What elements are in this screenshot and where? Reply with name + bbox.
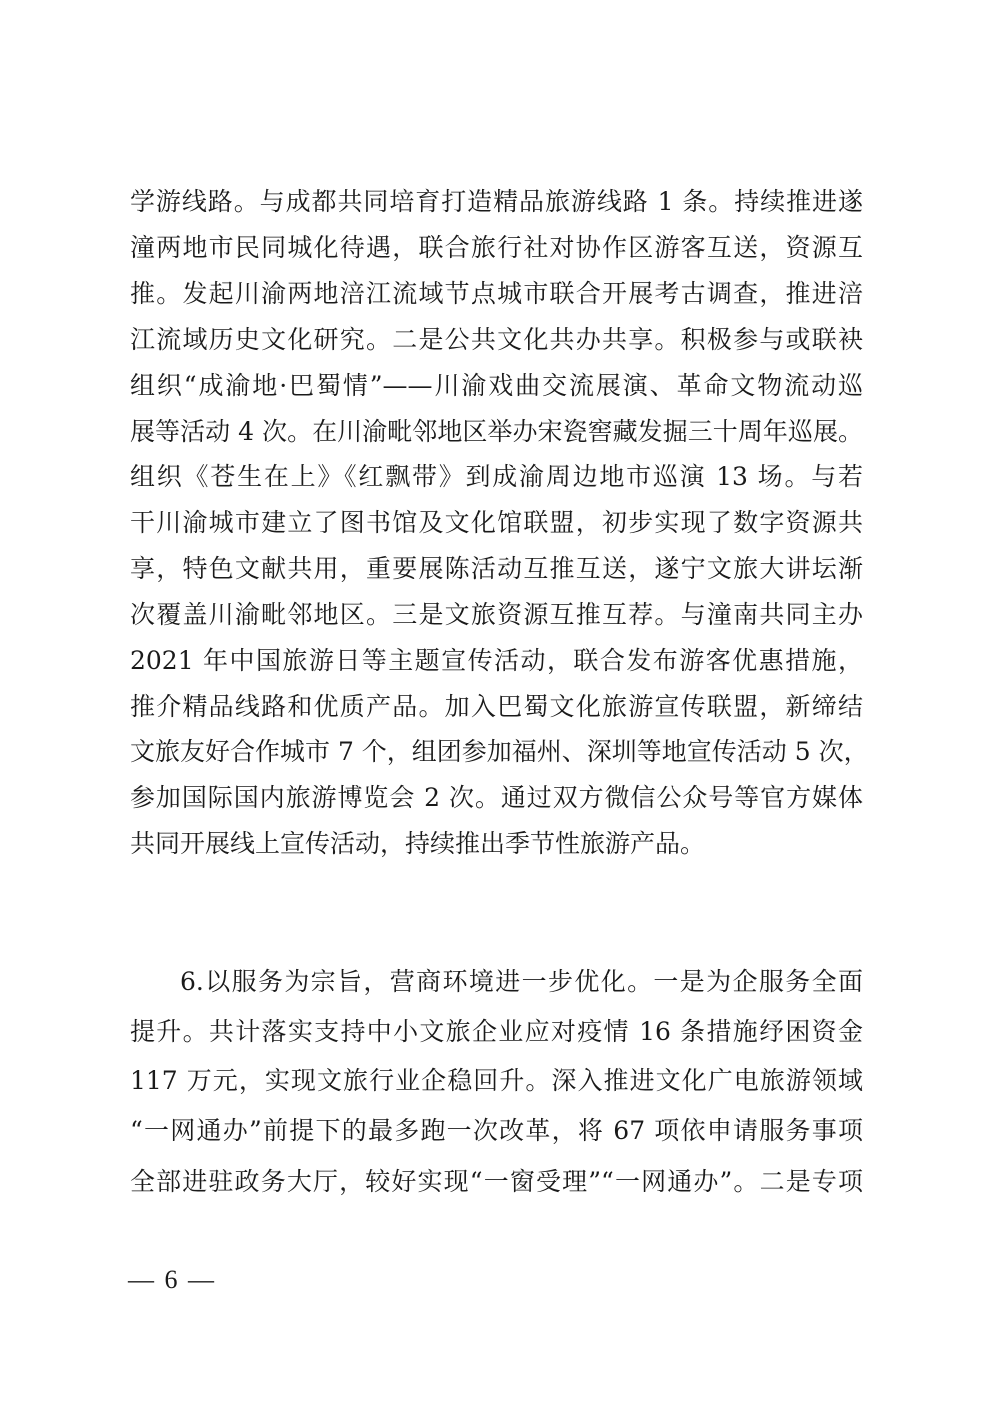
body-text-line: “一网通办”前提下的最多跑一次改革，将 67 项依申请服务事项 <box>130 1114 863 1148</box>
body-text-line: 享，特色文献共用，重要展陈活动互推互送，遂宁文旅大讲坛渐 <box>130 552 863 586</box>
body-text-line: 117 万元，实现文旅行业企稳回升。深入推进文化广电旅游领域 <box>130 1064 863 1098</box>
body-text-line: 组织《苍生在上》《红飘带》到成渝周边地市巡演 13 场。与若 <box>130 460 863 494</box>
document-page: 学游线路。与成都共同培育打造精品旅游线路 1 条。持续推进遂 潼两地市民同城化待… <box>0 0 992 1403</box>
body-text-line: 共同开展线上宣传活动，持续推出季节性旅游产品。 <box>130 827 863 861</box>
body-text-line: 2021 年中国旅游日等主题宣传活动，联合发布游客优惠措施， <box>130 644 863 678</box>
body-text-line: 学游线路。与成都共同培育打造精品旅游线路 1 条。持续推进遂 <box>130 185 863 219</box>
body-text-line: 文旅友好合作城市 7 个，组团参加福州、深圳等地宣传活动 5 次， <box>130 735 863 769</box>
body-text-line: 展等活动 4 次。在川渝毗邻地区举办宋瓷窖藏发掘三十周年巡展。 <box>130 415 863 449</box>
body-text-line: 参加国际国内旅游博览会 2 次。通过双方微信公众号等官方媒体 <box>130 781 863 815</box>
body-text-line: 提升。共计落实支持中小文旅企业应对疫情 16 条措施纾困资金 <box>130 1015 863 1049</box>
body-text-line: 江流域历史文化研究。二是公共文化共办共享。积极参与或联袂 <box>130 323 863 357</box>
body-text-line: 次覆盖川渝毗邻地区。三是文旅资源互推互荐。与潼南共同主办 <box>130 598 863 632</box>
body-text-line: 组织“成渝地·巴蜀情”——川渝戏曲交流展演、革命文物流动巡 <box>130 369 863 403</box>
body-text-line: 推介精品线路和优质产品。加入巴蜀文化旅游宣传联盟，新缔结 <box>130 690 863 724</box>
body-text-line: 全部进驻政务大厅，较好实现“一窗受理”“一网通办”。二是专项 <box>130 1165 863 1199</box>
body-text-line: 推。发起川渝两地涪江流域节点城市联合开展考古调查，推进涪 <box>130 277 863 311</box>
paragraph-heading-line: 6.以服务为宗旨，营商环境进一步优化。一是为企服务全面 <box>180 965 863 999</box>
body-text-line: 潼两地市民同城化待遇，联合旅行社对协作区游客互送，资源互 <box>130 231 863 265</box>
page-number: — 6 — <box>128 1265 216 1295</box>
body-text-line: 干川渝城市建立了图书馆及文化馆联盟，初步实现了数字资源共 <box>130 506 863 540</box>
